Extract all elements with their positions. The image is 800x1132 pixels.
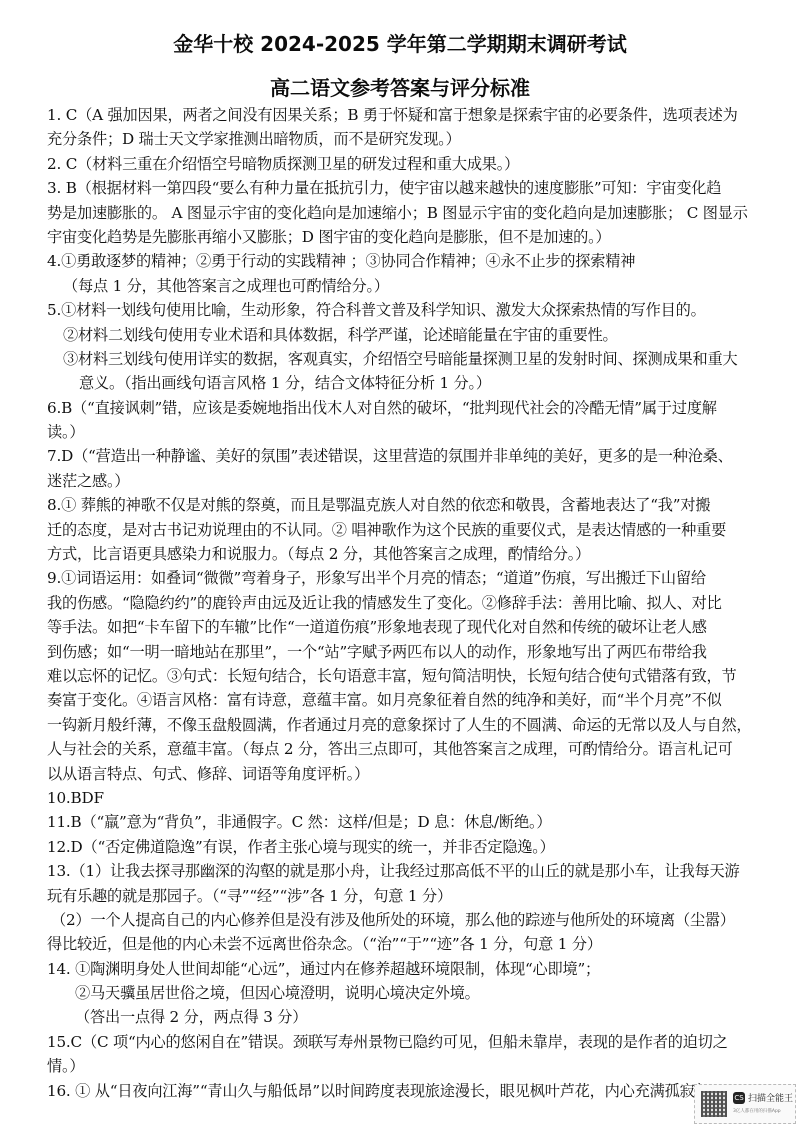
answer-body: 1. C（A 强加因果，两者之间没有因果关系；B 勇于怀疑和富于想象是探索宇宙的… (47, 103, 757, 1103)
text-line: 8.① 葬熊的神歌不仅是对熊的祭奠，而且是鄂温克族人对自然的依恋和敬畏，含蓄地表… (47, 493, 757, 517)
text-line: 迷茫之感。） (47, 469, 757, 493)
text-line: 人与社会的关系，意蕴丰富。（每点 2 分，答出三点即可，其他答案言之成理，可酌情… (47, 737, 757, 761)
text-line: 情。） (47, 1054, 757, 1078)
text-line: 9.①词语运用：如叠词“微微”弯着身子，形象写出半个月亮的情态；“道道”伤痕，写… (47, 566, 757, 590)
text-line: 1. C（A 强加因果，两者之间没有因果关系；B 勇于怀疑和富于想象是探索宇宙的… (47, 103, 757, 127)
text-line: （每点 1 分，其他答案言之成理也可酌情给分。） (47, 274, 757, 298)
text-line: 我的伤感。“隐隐约约”的鹿铃声由远及近让我的情感发生了变化。②修辞手法：善用比喻… (47, 591, 757, 615)
text-line: 11.B（“羸”意为“背负”，非通假字。C 然：这样/但是；D 息：休息/断绝。… (47, 810, 757, 834)
text-line: 7.D（“营造出一种静谧、美好的氛围”表述错误，这里营造的氛围并非单纯的美好，更… (47, 444, 757, 468)
camscanner-logo-icon: CS (733, 1092, 745, 1104)
text-line: 6.B（“直接讽刺”错，应该是委婉地指出伐木人对自然的破坏，“批判现代社会的冷酷… (47, 396, 757, 420)
text-line: 16. ① 从“日夜向江海”“青山久与船低昂”以时间跨度表现旅途漫长，眼见枫叶芦… (47, 1079, 757, 1103)
text-line: 12.D（“否定佛道隐逸”有误，作者主张心境与现实的统一，并非否定隐逸。） (47, 835, 757, 859)
text-line: 到伤感；如“一明一暗地站在那里”，一个“站”字赋予两匹布以人的动作，形象地写出了… (47, 640, 757, 664)
watermark-app-name: 扫描全能王 (748, 1091, 793, 1104)
text-line: ②马天骥虽居世俗之境，但因心境澄明，说明心境决定外境。 (47, 981, 757, 1005)
text-line: 5.①材料一划线句使用比喻，生动形象，符合科普文普及科学知识、激发大众探索热情的… (47, 298, 757, 322)
text-line: 势是加速膨胀的。 A 图显示宇宙的变化趋向是加速缩小；B 图显示宇宙的变化趋向是… (47, 201, 757, 225)
text-line: 等手法。如把“卡车留下的车辙”比作“一道道伤痕”形象地表现了现代化对自然和传统的… (47, 615, 757, 639)
text-line: 玩有乐趣的就是那园子。（“寻”“经”“涉”各 1 分，句意 1 分） (47, 884, 757, 908)
text-line: 充分条件；D 瑞士天文学家推测出暗物质，而不是研究发现。） (47, 127, 757, 151)
text-line: 读。） (47, 420, 757, 444)
text-line: 15.C（C 项“内心的悠闲自在”错误。颈联写寿州景物已隐约可见，但船未靠岸，表… (47, 1030, 757, 1054)
text-line: 14. ①陶渊明身处人世间却能“心远”，通过内在修养超越环境限制，体现“心即境”… (47, 957, 757, 981)
text-line: 一钩新月般纤薄，不像玉盘般圆满，作者通过月亮的意象探讨了人生的不圆满、命运的无常… (47, 713, 757, 737)
qr-code-icon (701, 1091, 727, 1117)
text-line: ③材料三划线句使用详实的数据，客观真实，介绍悟空号暗能量探测卫星的发射时间、探测… (47, 347, 757, 371)
text-line: ②材料二划线句使用专业术语和具体数据，科学严谨，论述暗能量在宇宙的重要性。 (47, 323, 757, 347)
text-line: 13.（1）让我去探寻那幽深的沟壑的就是那小舟，让我经过那高低不平的山丘的就是那… (47, 859, 757, 883)
text-line: （答出一点得 2 分，两点得 3 分） (47, 1005, 757, 1029)
text-line: 迁的态度，是对古书记劝说理由的不认同。② 唱神歌作为这个民族的重要仪式，是表达情… (47, 518, 757, 542)
text-line: 难以忘怀的记忆。③句式：长短句结合，长句语意丰富，短句简洁明快，长短句结合使句式… (47, 664, 757, 688)
text-line: 10.BDF (47, 786, 757, 810)
text-line: 以从语言特点、句式、修辞、词语等角度评析。） (47, 762, 757, 786)
exam-title: 金华十校 2024-2025 学年第二学期期末调研考试 (0, 28, 800, 57)
text-line: 3. B（根据材料一第四段“要么有种力量在抵抗引力，使宇宙以越来越快的速度膨胀”… (47, 176, 757, 200)
text-line: 意义。（指出画线句语言风格 1 分，结合文体特征分析 1 分。） (47, 371, 757, 395)
scanner-watermark: CS 扫描全能王 3亿人都在用的扫描App (694, 1084, 796, 1124)
text-line: （2）一个人提高自己的内心修养但是没有涉及他所处的环境，那么他的踪迹与他所处的环… (47, 908, 757, 932)
text-line: 4.①勇敢逐梦的精神；②勇于行动的实践精神 ；③协同合作精神；④永不止步的探索精… (47, 249, 757, 273)
text-line: 得比较近，但是他的内心未尝不远离世俗杂念。（“治”“于”“迹”各 1 分，句意 … (47, 932, 757, 956)
text-line: 2. C（材料三重在介绍悟空号暗物质探测卫星的研发过程和重大成果。） (47, 152, 757, 176)
answer-key-subtitle: 高二语文参考答案与评分标准 (0, 72, 800, 101)
text-line: 方式，比言语更具感染力和说服力。（每点 2 分，其他答案言之成理，酌情给分。） (47, 542, 757, 566)
text-line: 奏富于变化。④语言风格：富有诗意，意蕴丰富。如月亮象征着自然的纯净和美好，而“半… (47, 688, 757, 712)
text-line: 宇宙变化趋势是先膨胀再缩小又膨胀；D 图宇宙的变化趋向是膨胀，但不是加速的。） (47, 225, 757, 249)
watermark-tagline: 3亿人都在用的扫描App (733, 1108, 781, 1114)
